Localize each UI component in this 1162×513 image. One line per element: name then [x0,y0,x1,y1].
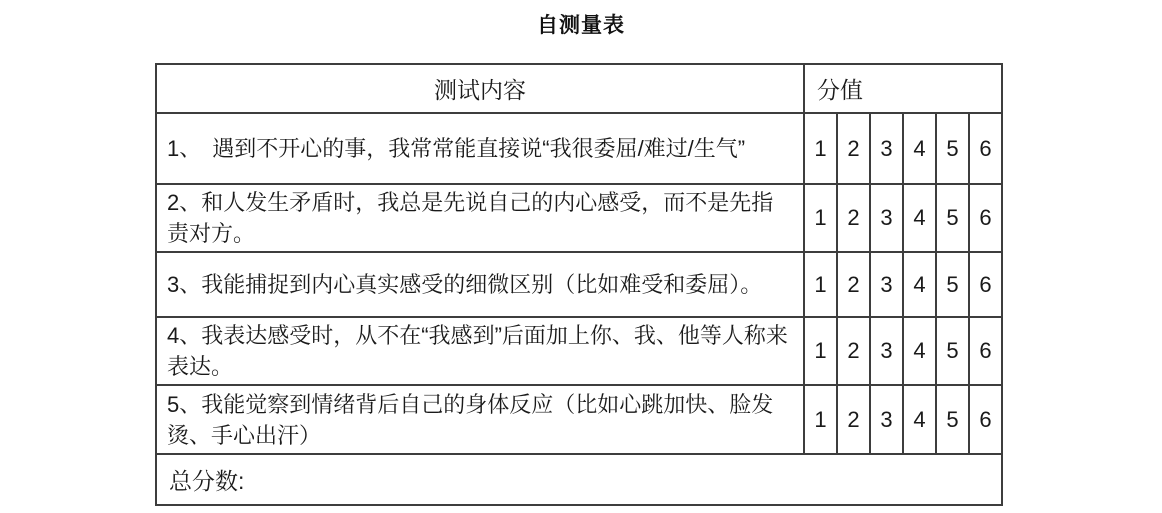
score-cell-2-1[interactable]: 1 [804,184,837,252]
score-cell-4-6[interactable]: 6 [969,317,1002,385]
content-column-header: 测试内容 [156,64,804,113]
score-cell-1-4[interactable]: 4 [903,113,936,184]
question-text-3: 3、我能捕捉到内心真实感受的细微区别（比如难受和委屈）。 [156,252,804,317]
total-score-label: 总分数: [156,454,1002,505]
score-cell-5-3[interactable]: 3 [870,385,903,454]
score-cell-5-5[interactable]: 5 [936,385,969,454]
score-cell-4-4[interactable]: 4 [903,317,936,385]
score-column-header: 分值 [804,64,1002,113]
table-row-4: 4、我表达感受时，从不在“我感到”后面加上你、我、他等人称来表达。 1 2 3 … [156,317,1002,385]
question-text-2: 2、和人发生矛盾时，我总是先说自己的内心感受，而不是先指责对方。 [156,184,804,252]
table-row-3: 3、我能捕捉到内心真实感受的细微区别（比如难受和委屈）。 1 2 3 4 5 6 [156,252,1002,317]
question-text-5: 5、我能觉察到情绪背后自己的身体反应（比如心跳加快、脸发烫、手心出汗） [156,385,804,454]
document-page: 自测量表 测试内容 分值 1、 遇到不开心的事，我常常能直接说“我很委屈/难过/… [0,0,1162,513]
score-cell-3-6[interactable]: 6 [969,252,1002,317]
score-cell-1-6[interactable]: 6 [969,113,1002,184]
score-cell-5-2[interactable]: 2 [837,385,870,454]
self-test-table: 测试内容 分值 1、 遇到不开心的事，我常常能直接说“我很委屈/难过/生气” 1… [155,63,1003,506]
score-cell-4-2[interactable]: 2 [837,317,870,385]
table-row-2: 2、和人发生矛盾时，我总是先说自己的内心感受，而不是先指责对方。 1 2 3 4… [156,184,1002,252]
score-cell-2-5[interactable]: 5 [936,184,969,252]
document-title: 自测量表 [0,9,1162,39]
score-cell-5-1[interactable]: 1 [804,385,837,454]
table-row-5: 5、我能觉察到情绪背后自己的身体反应（比如心跳加快、脸发烫、手心出汗） 1 2 … [156,385,1002,454]
question-text-1: 1、 遇到不开心的事，我常常能直接说“我很委屈/难过/生气” [156,113,804,184]
score-cell-2-2[interactable]: 2 [837,184,870,252]
score-cell-3-4[interactable]: 4 [903,252,936,317]
score-cell-3-2[interactable]: 2 [837,252,870,317]
score-cell-2-3[interactable]: 3 [870,184,903,252]
score-cell-4-5[interactable]: 5 [936,317,969,385]
score-cell-3-3[interactable]: 3 [870,252,903,317]
score-cell-4-1[interactable]: 1 [804,317,837,385]
question-text-4: 4、我表达感受时，从不在“我感到”后面加上你、我、他等人称来表达。 [156,317,804,385]
score-cell-5-6[interactable]: 6 [969,385,1002,454]
score-cell-1-5[interactable]: 5 [936,113,969,184]
score-cell-3-1[interactable]: 1 [804,252,837,317]
score-cell-1-1[interactable]: 1 [804,113,837,184]
total-score-row: 总分数: [156,454,1002,505]
score-cell-4-3[interactable]: 3 [870,317,903,385]
score-cell-3-5[interactable]: 5 [936,252,969,317]
table-row-1: 1、 遇到不开心的事，我常常能直接说“我很委屈/难过/生气” 1 2 3 4 5… [156,113,1002,184]
score-cell-2-4[interactable]: 4 [903,184,936,252]
score-cell-5-4[interactable]: 4 [903,385,936,454]
score-cell-2-6[interactable]: 6 [969,184,1002,252]
score-cell-1-2[interactable]: 2 [837,113,870,184]
table-header-row: 测试内容 分值 [156,64,1002,113]
score-cell-1-3[interactable]: 3 [870,113,903,184]
